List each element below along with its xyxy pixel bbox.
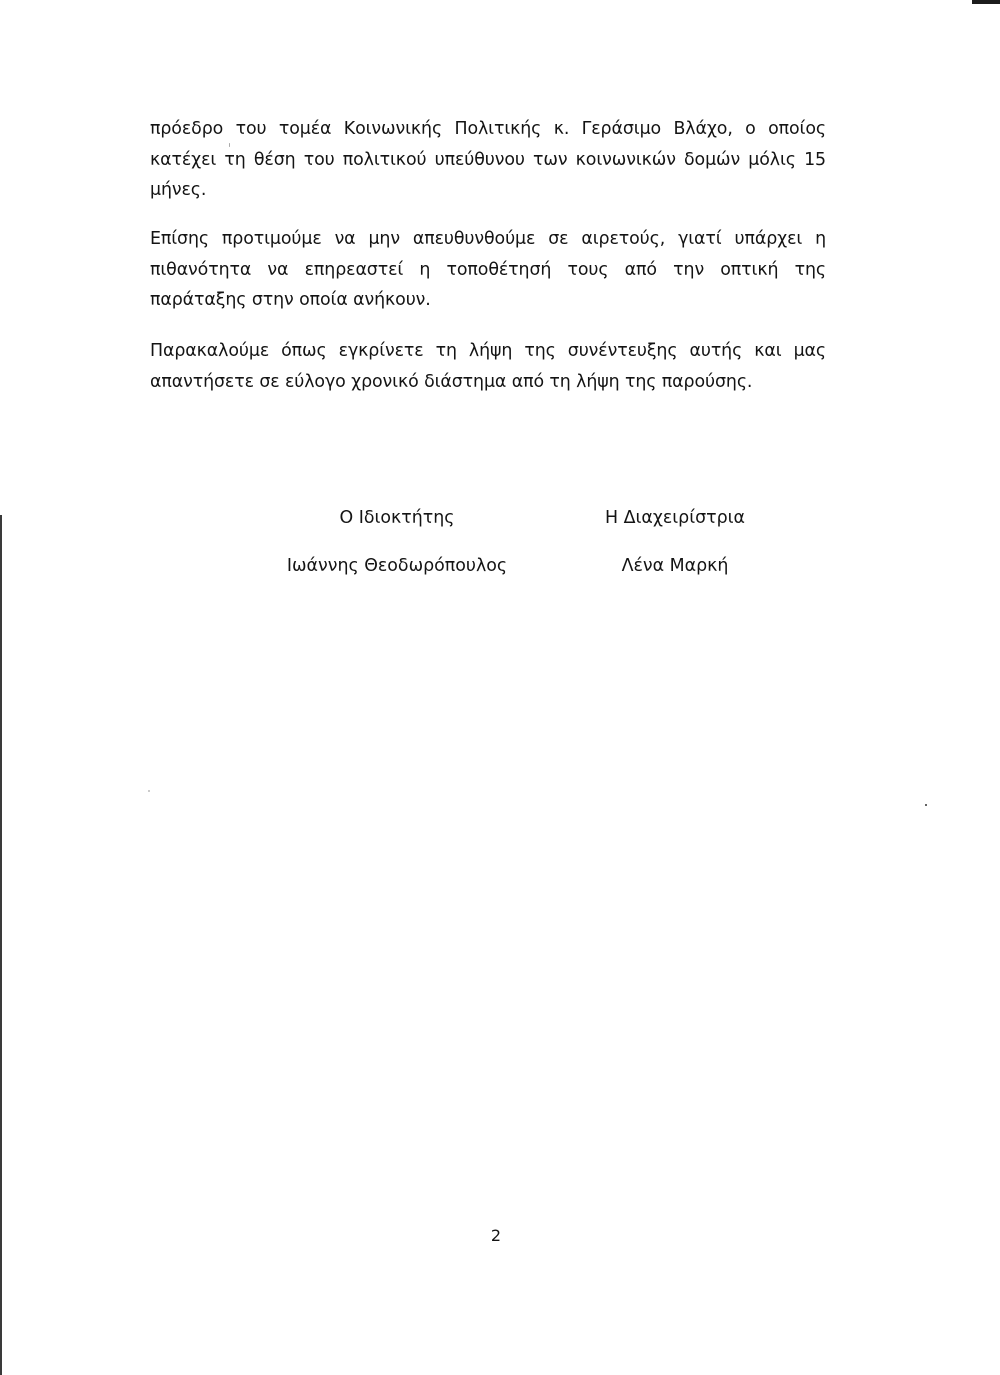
paragraph-text: Επίσης προτιμούμε να μην απευθυνθούμε σε… — [150, 224, 826, 316]
scan-edge-artifact — [0, 515, 2, 1375]
page-number: 2 — [476, 1226, 516, 1246]
paragraph-text: πρόεδρο του τομέα Κοινωνικής Πολιτικής κ… — [150, 114, 826, 206]
paragraph-elected-officials: Επίσης προτιμούμε να μην απευθυνθούμε σε… — [150, 224, 826, 316]
signature-name: Ιωάννης Θεοδωρόπουλος — [267, 555, 527, 577]
paragraph-text: Παρακαλούμε όπως εγκρίνετε τη λήψη της σ… — [150, 336, 826, 397]
scan-speck — [148, 790, 150, 792]
signature-role: Η Διαχειρίστρια — [545, 507, 805, 529]
signature-role: Ο Ιδιοκτήτης — [267, 507, 527, 529]
signature-name: Λένα Μαρκή — [545, 555, 805, 577]
paragraph-intro-continuation: πρόεδρο του τομέα Κοινωνικής Πολιτικής κ… — [150, 114, 826, 206]
scan-speck — [925, 804, 927, 806]
scan-corner-artifact — [972, 0, 1000, 4]
paragraph-request-approval: Παρακαλούμε όπως εγκρίνετε τη λήψη της σ… — [150, 336, 826, 397]
document-page: πρόεδρο του τομέα Κοινωνικής Πολιτικής κ… — [0, 0, 1000, 1375]
